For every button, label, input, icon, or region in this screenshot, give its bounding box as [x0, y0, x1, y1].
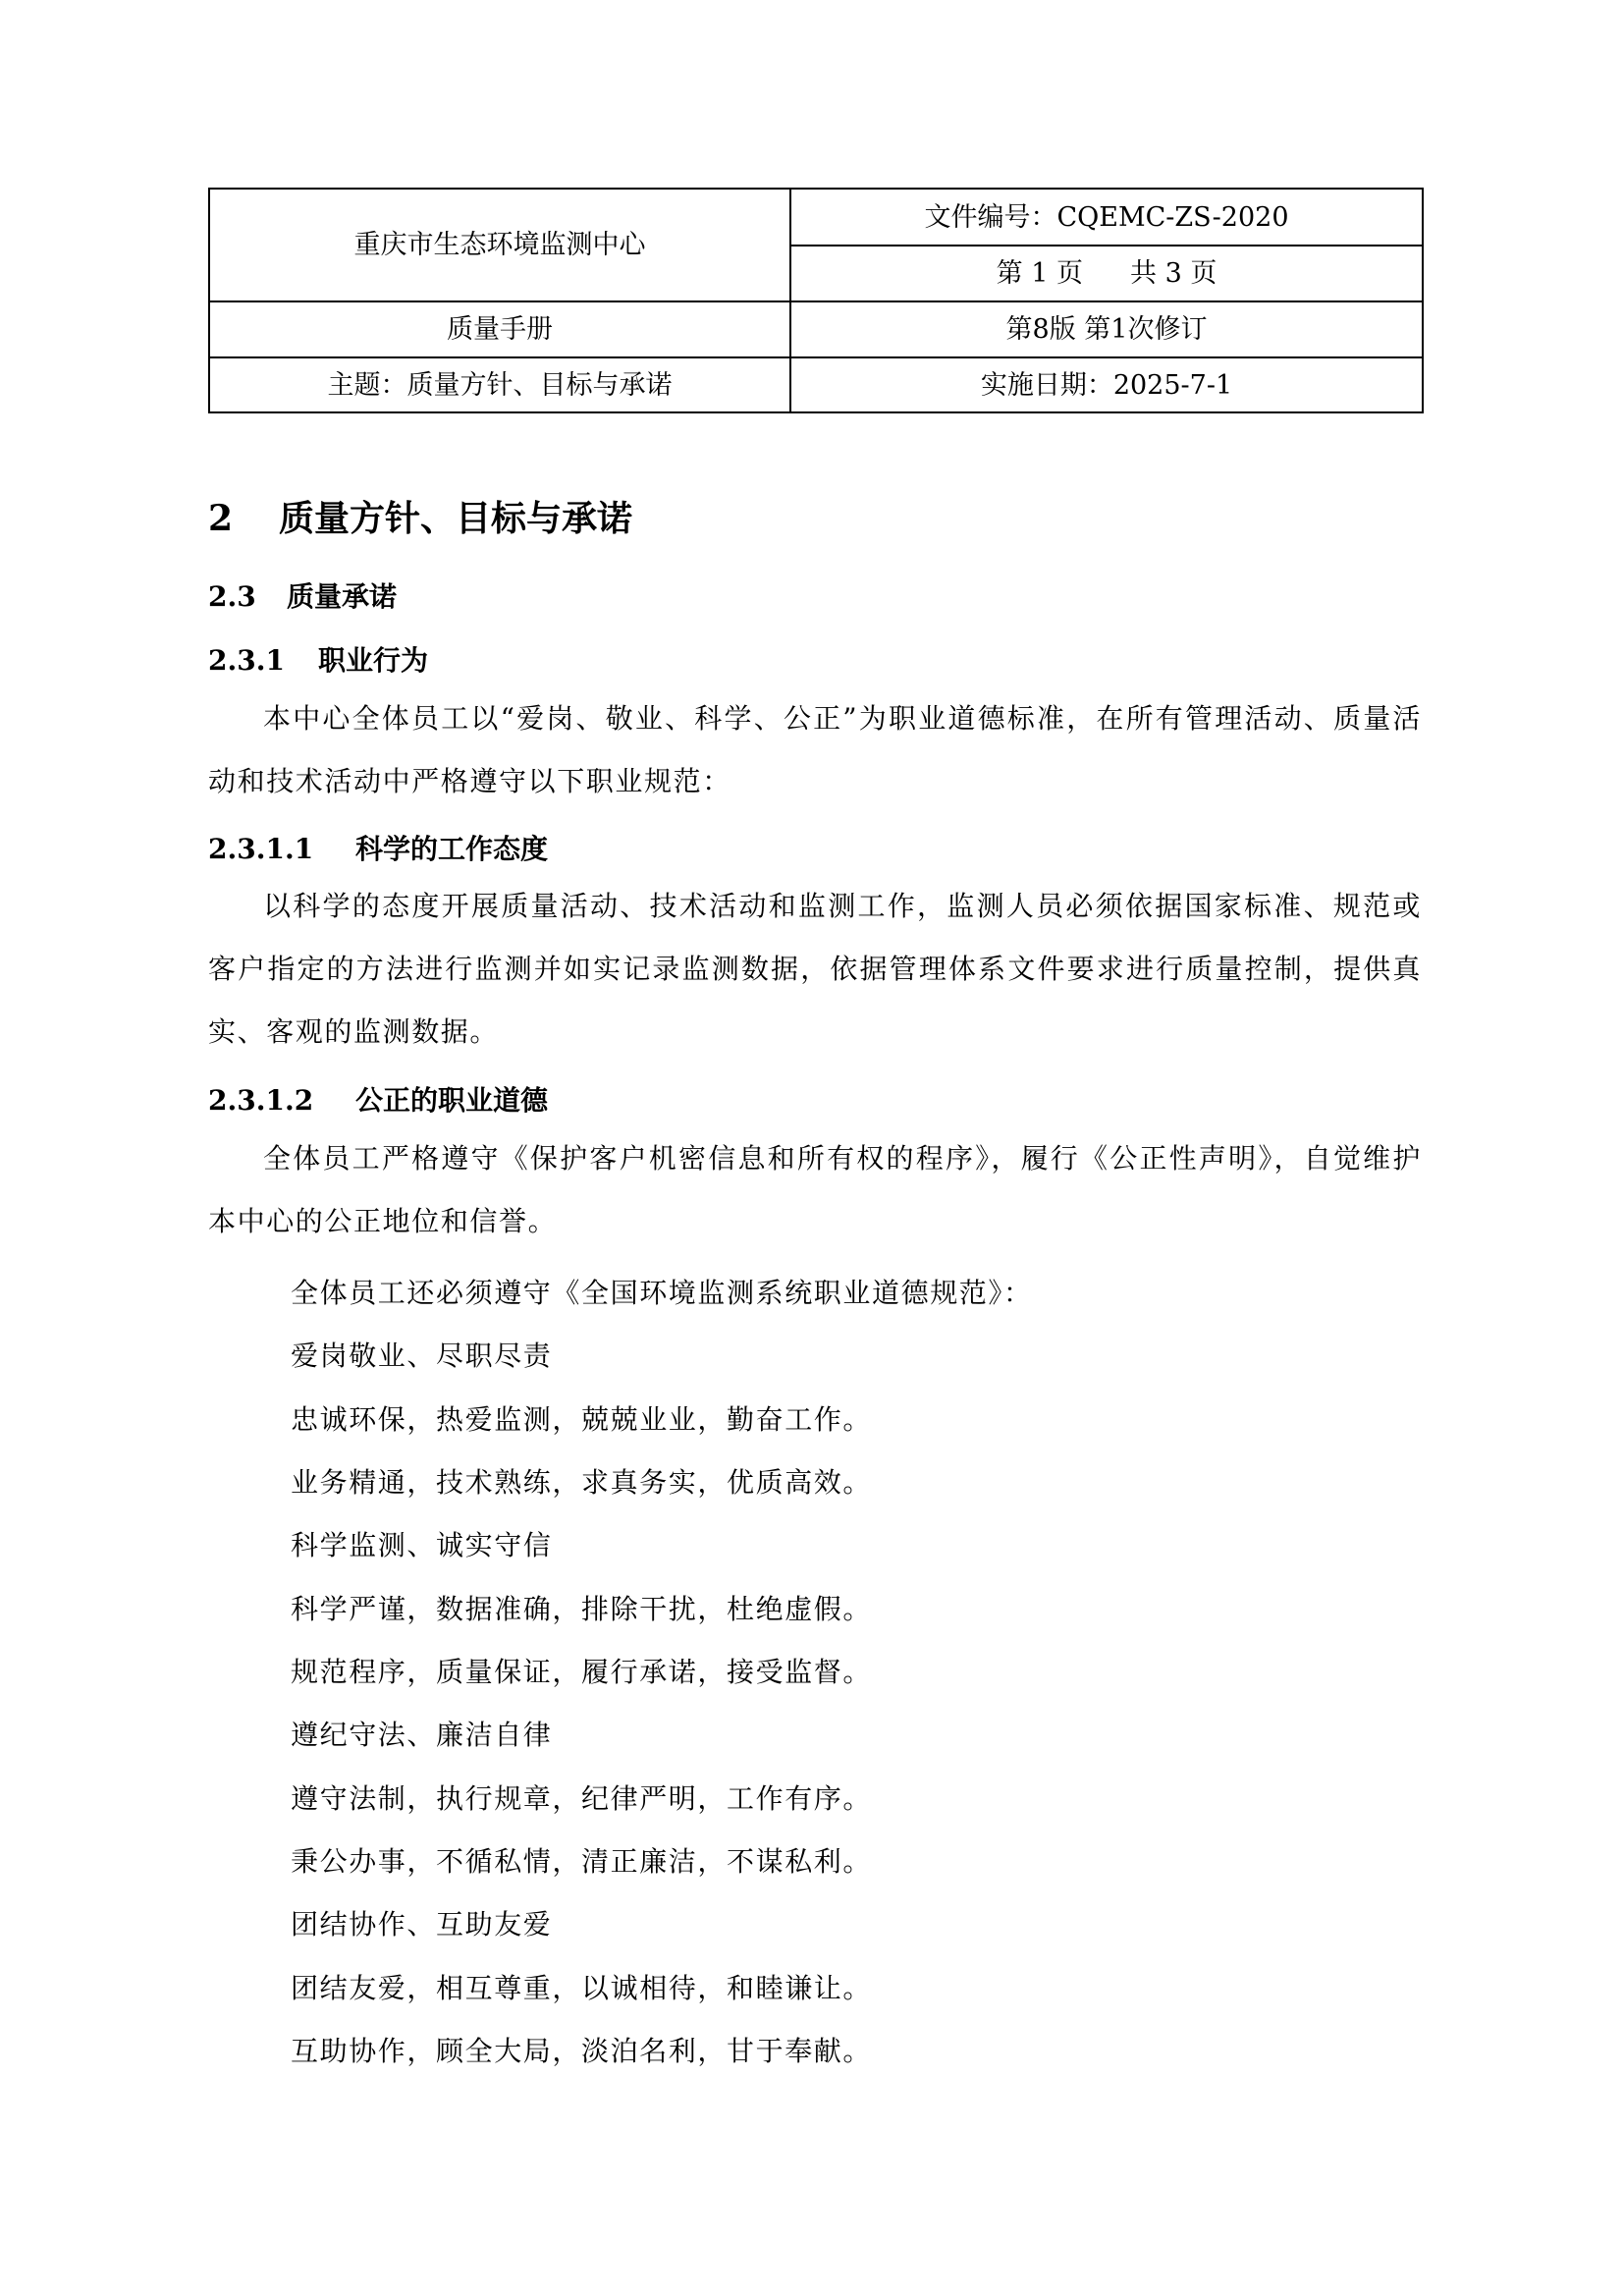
subject: 主题：质量方针、目标与承诺 — [209, 357, 790, 412]
section-number: 2.3 — [208, 580, 287, 613]
section-title: 质量承诺 — [287, 580, 397, 613]
item-number: 2.3.1.1 — [208, 833, 355, 865]
document-number: 文件编号：CQEMC-ZS-2020 — [790, 189, 1423, 246]
code-line: 团结协作、互助友爱 — [291, 1903, 552, 1942]
manual-title: 质量手册 — [209, 301, 790, 357]
item-title: 科学的工作态度 — [355, 833, 548, 865]
code-line: 爱岗敬业、尽职尽责 — [291, 1335, 552, 1374]
effective-date: 实施日期：2025-7-1 — [790, 357, 1423, 412]
chapter-title: 质量方针、目标与承诺 — [279, 498, 632, 539]
page-total: 共 3 页 — [1130, 258, 1217, 289]
code-line: 业务精通，技术熟练，求真务实，优质高效。 — [291, 1461, 872, 1501]
subsection-title: 职业行为 — [318, 644, 428, 677]
chapter-heading: 2质量方针、目标与承诺 — [208, 491, 632, 541]
item-heading-scientific-attitude: 2.3.1.1科学的工作态度 — [208, 828, 548, 867]
item-title: 公正的职业道德 — [355, 1084, 548, 1117]
code-intro: 全体员工还必须遵守《全国环境监测系统职业道德规范》： — [291, 1272, 1033, 1311]
intro-paragraph: 本中心全体员工以“爱岗、敬业、科学、公正”为职业道德标准，在所有管理活动、质量活… — [208, 687, 1422, 813]
code-line: 互助协作，顾全大局，淡泊名利，甘于奉献。 — [291, 2030, 872, 2069]
section-heading: 2.3质量承诺 — [208, 575, 397, 615]
code-line: 忠诚环保，热爱监测，兢兢业业，勤奋工作。 — [291, 1398, 872, 1438]
code-line: 遵守法制，执行规章，纪律严明，工作有序。 — [291, 1777, 872, 1817]
chapter-number: 2 — [208, 498, 279, 539]
subsection-number: 2.3.1 — [208, 644, 318, 677]
subsection-heading: 2.3.1职业行为 — [208, 639, 428, 679]
document-page: 重庆市生态环境监测中心 文件编号：CQEMC-ZS-2020 第 1 页共 3 … — [0, 0, 1623, 2296]
revision-info: 第8版 第1次修订 — [790, 301, 1423, 357]
code-line: 秉公办事，不循私情，清正廉洁，不谋私利。 — [291, 1840, 872, 1880]
code-line: 科学严谨，数据准确，排除干扰，杜绝虚假。 — [291, 1588, 872, 1627]
code-line: 规范程序，质量保证，履行承诺，接受监督。 — [291, 1651, 872, 1690]
fair-ethics-paragraph: 全体员工严格遵守《保护客户机密信息和所有权的程序》，履行《公正性声明》，自觉维护… — [208, 1127, 1422, 1253]
scientific-attitude-paragraph: 以科学的态度开展质量活动、技术活动和监测工作，监测人员必须依据国家标准、规范或客… — [208, 875, 1422, 1064]
code-line: 遵纪守法、廉洁自律 — [291, 1714, 552, 1753]
code-line: 团结友爱，相互尊重，以诚相待，和睦谦让。 — [291, 1967, 872, 2006]
item-number: 2.3.1.2 — [208, 1084, 355, 1117]
organization-name: 重庆市生态环境监测中心 — [209, 189, 790, 301]
page-indicator: 第 1 页共 3 页 — [790, 246, 1423, 301]
page-current: 第 1 页 — [997, 258, 1083, 289]
document-header-table: 重庆市生态环境监测中心 文件编号：CQEMC-ZS-2020 第 1 页共 3 … — [208, 188, 1424, 413]
code-line: 科学监测、诚实守信 — [291, 1524, 552, 1563]
item-heading-fair-ethics: 2.3.1.2公正的职业道德 — [208, 1079, 548, 1119]
